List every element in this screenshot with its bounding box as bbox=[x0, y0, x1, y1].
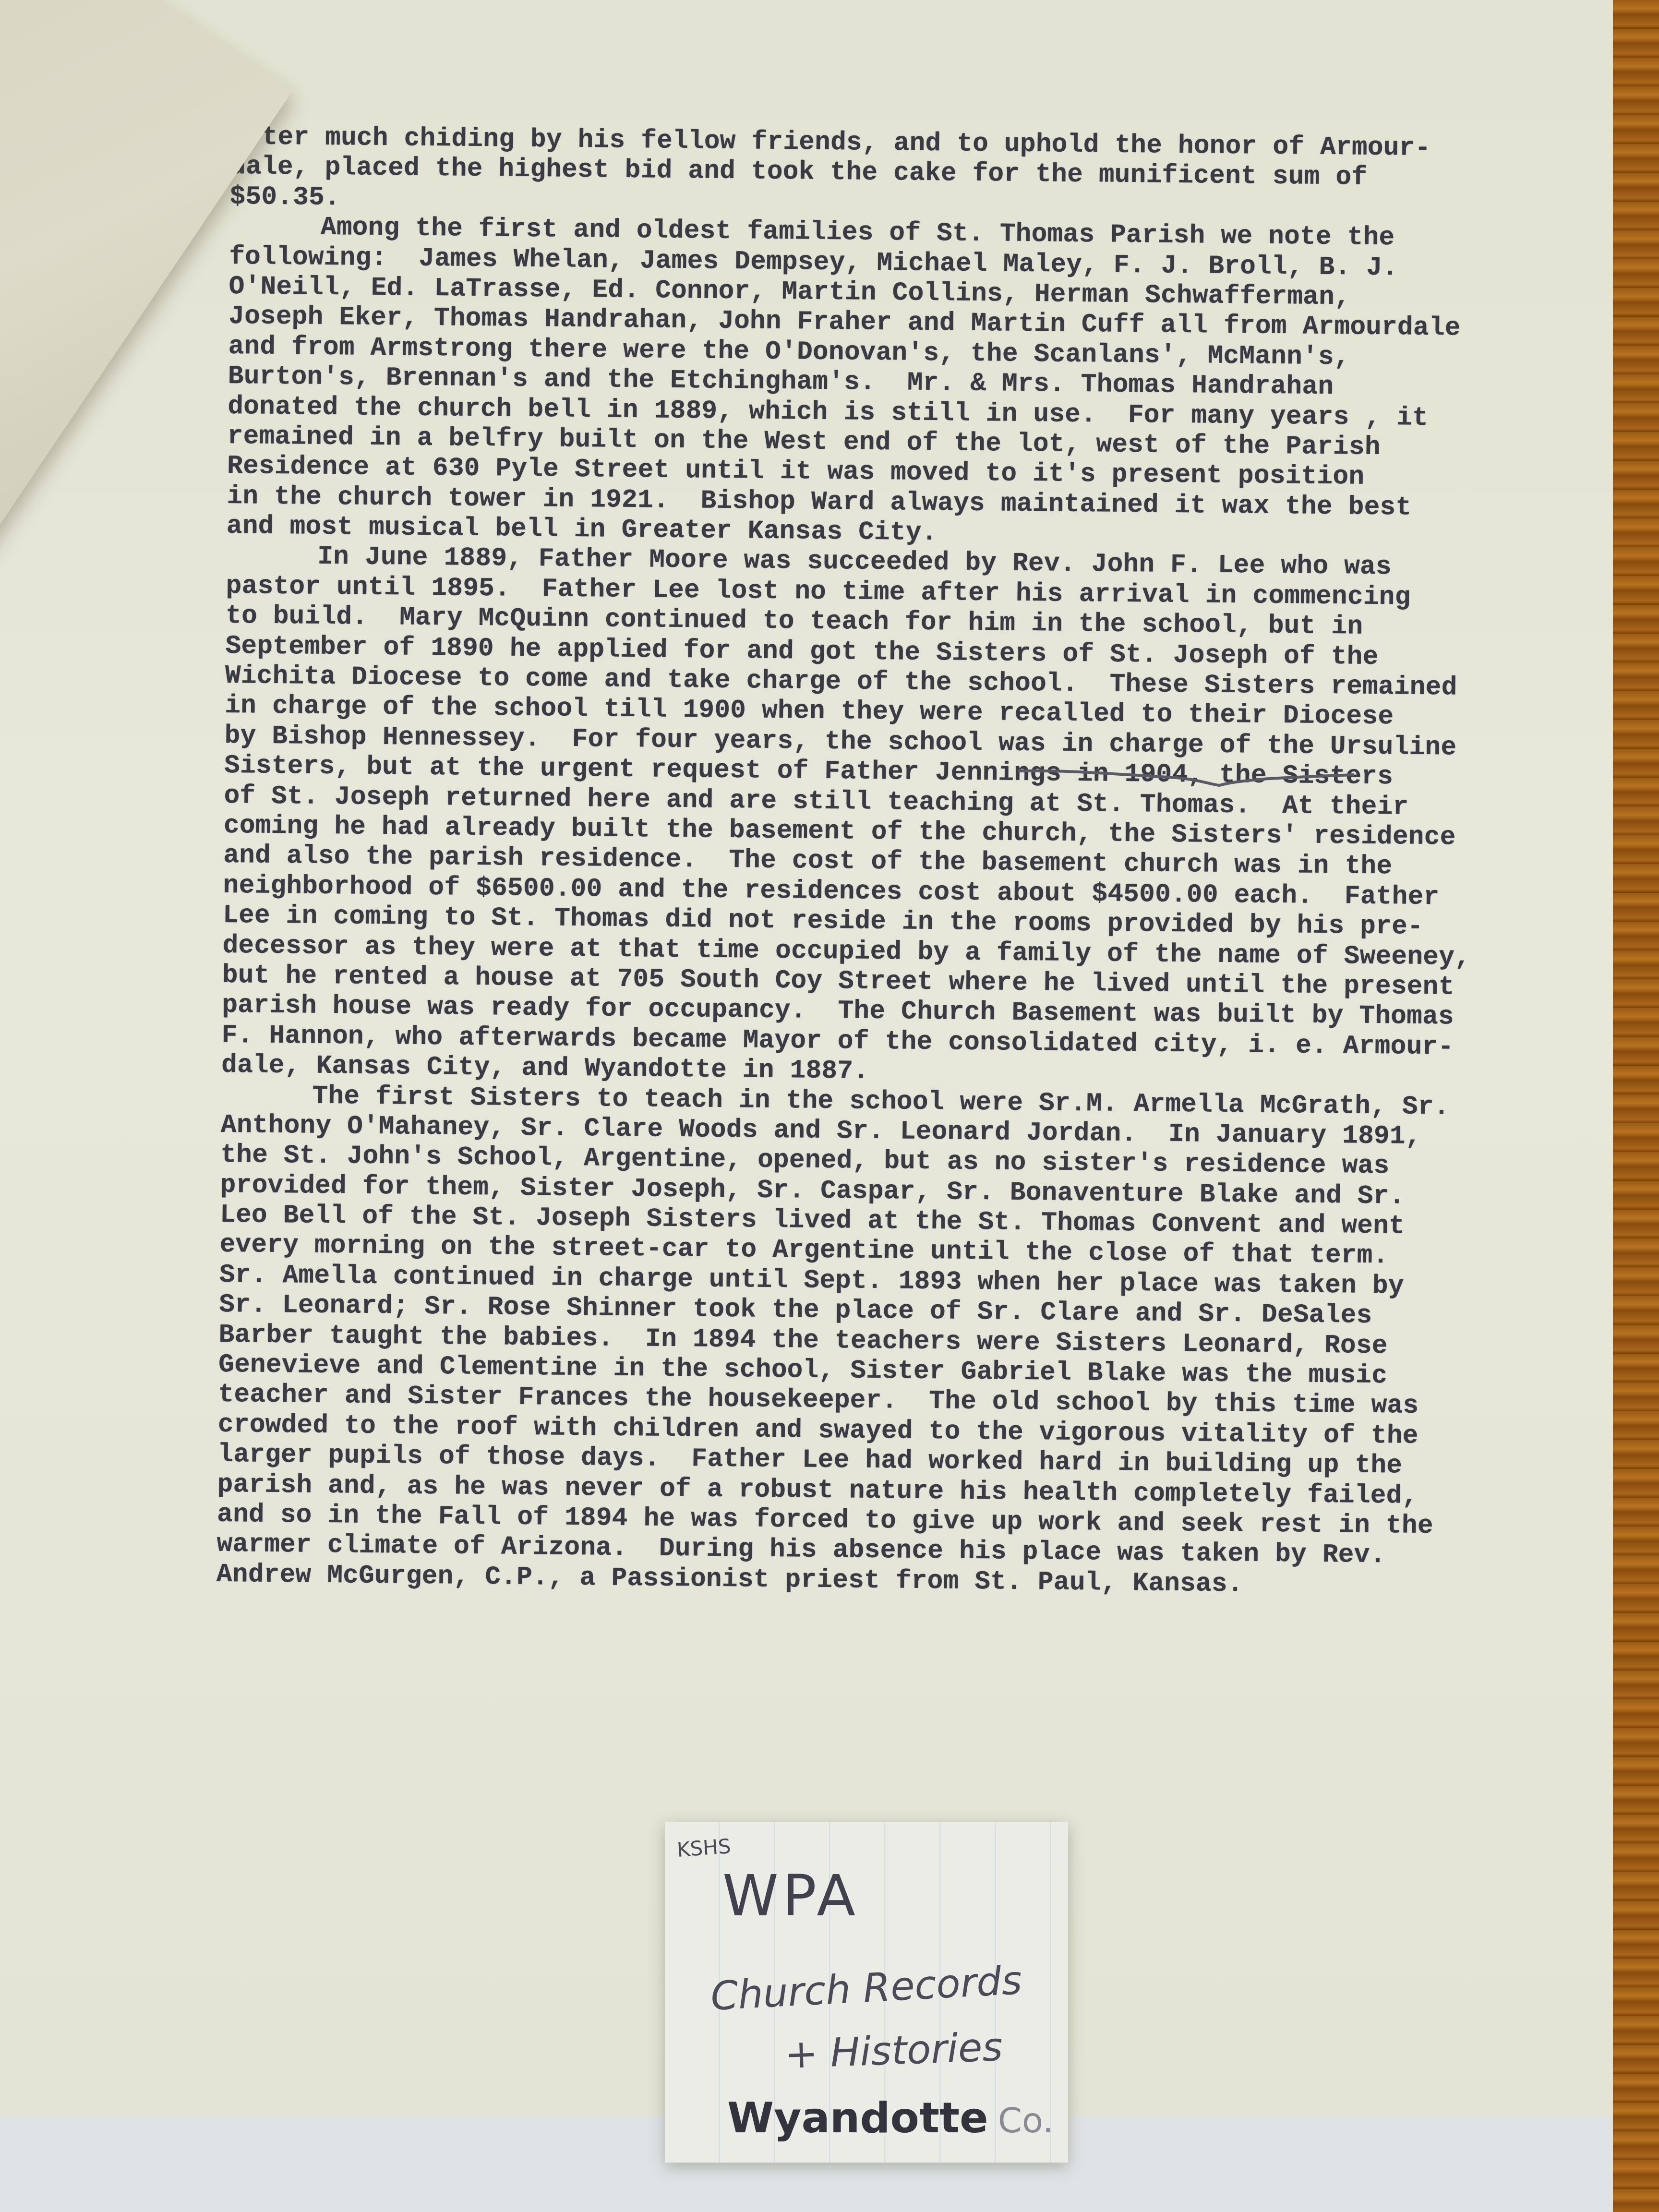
handwritten-archive-label: KSHS WPA Church Records + Histories Wyan… bbox=[665, 1822, 1068, 2163]
note-county: WyandotteCo. bbox=[727, 2093, 1054, 2142]
wooden-table-edge bbox=[1606, 0, 1659, 2212]
note-kshs: KSHS bbox=[676, 1834, 732, 1862]
document-body: after much chiding by his fellow friends… bbox=[216, 122, 1555, 1602]
note-co: Co. bbox=[998, 2100, 1054, 2140]
pen-underline-mark bbox=[1018, 768, 1354, 787]
note-wpa: WPA bbox=[722, 1863, 859, 1929]
note-histories: + Histories bbox=[784, 2024, 1003, 2078]
typed-page: ss. hapels 2 T.D. Hall, T after much chi… bbox=[0, 0, 1613, 2117]
note-church-records: Church Records bbox=[709, 1958, 1023, 2020]
note-wyandotte: Wyandotte bbox=[727, 2093, 988, 2142]
